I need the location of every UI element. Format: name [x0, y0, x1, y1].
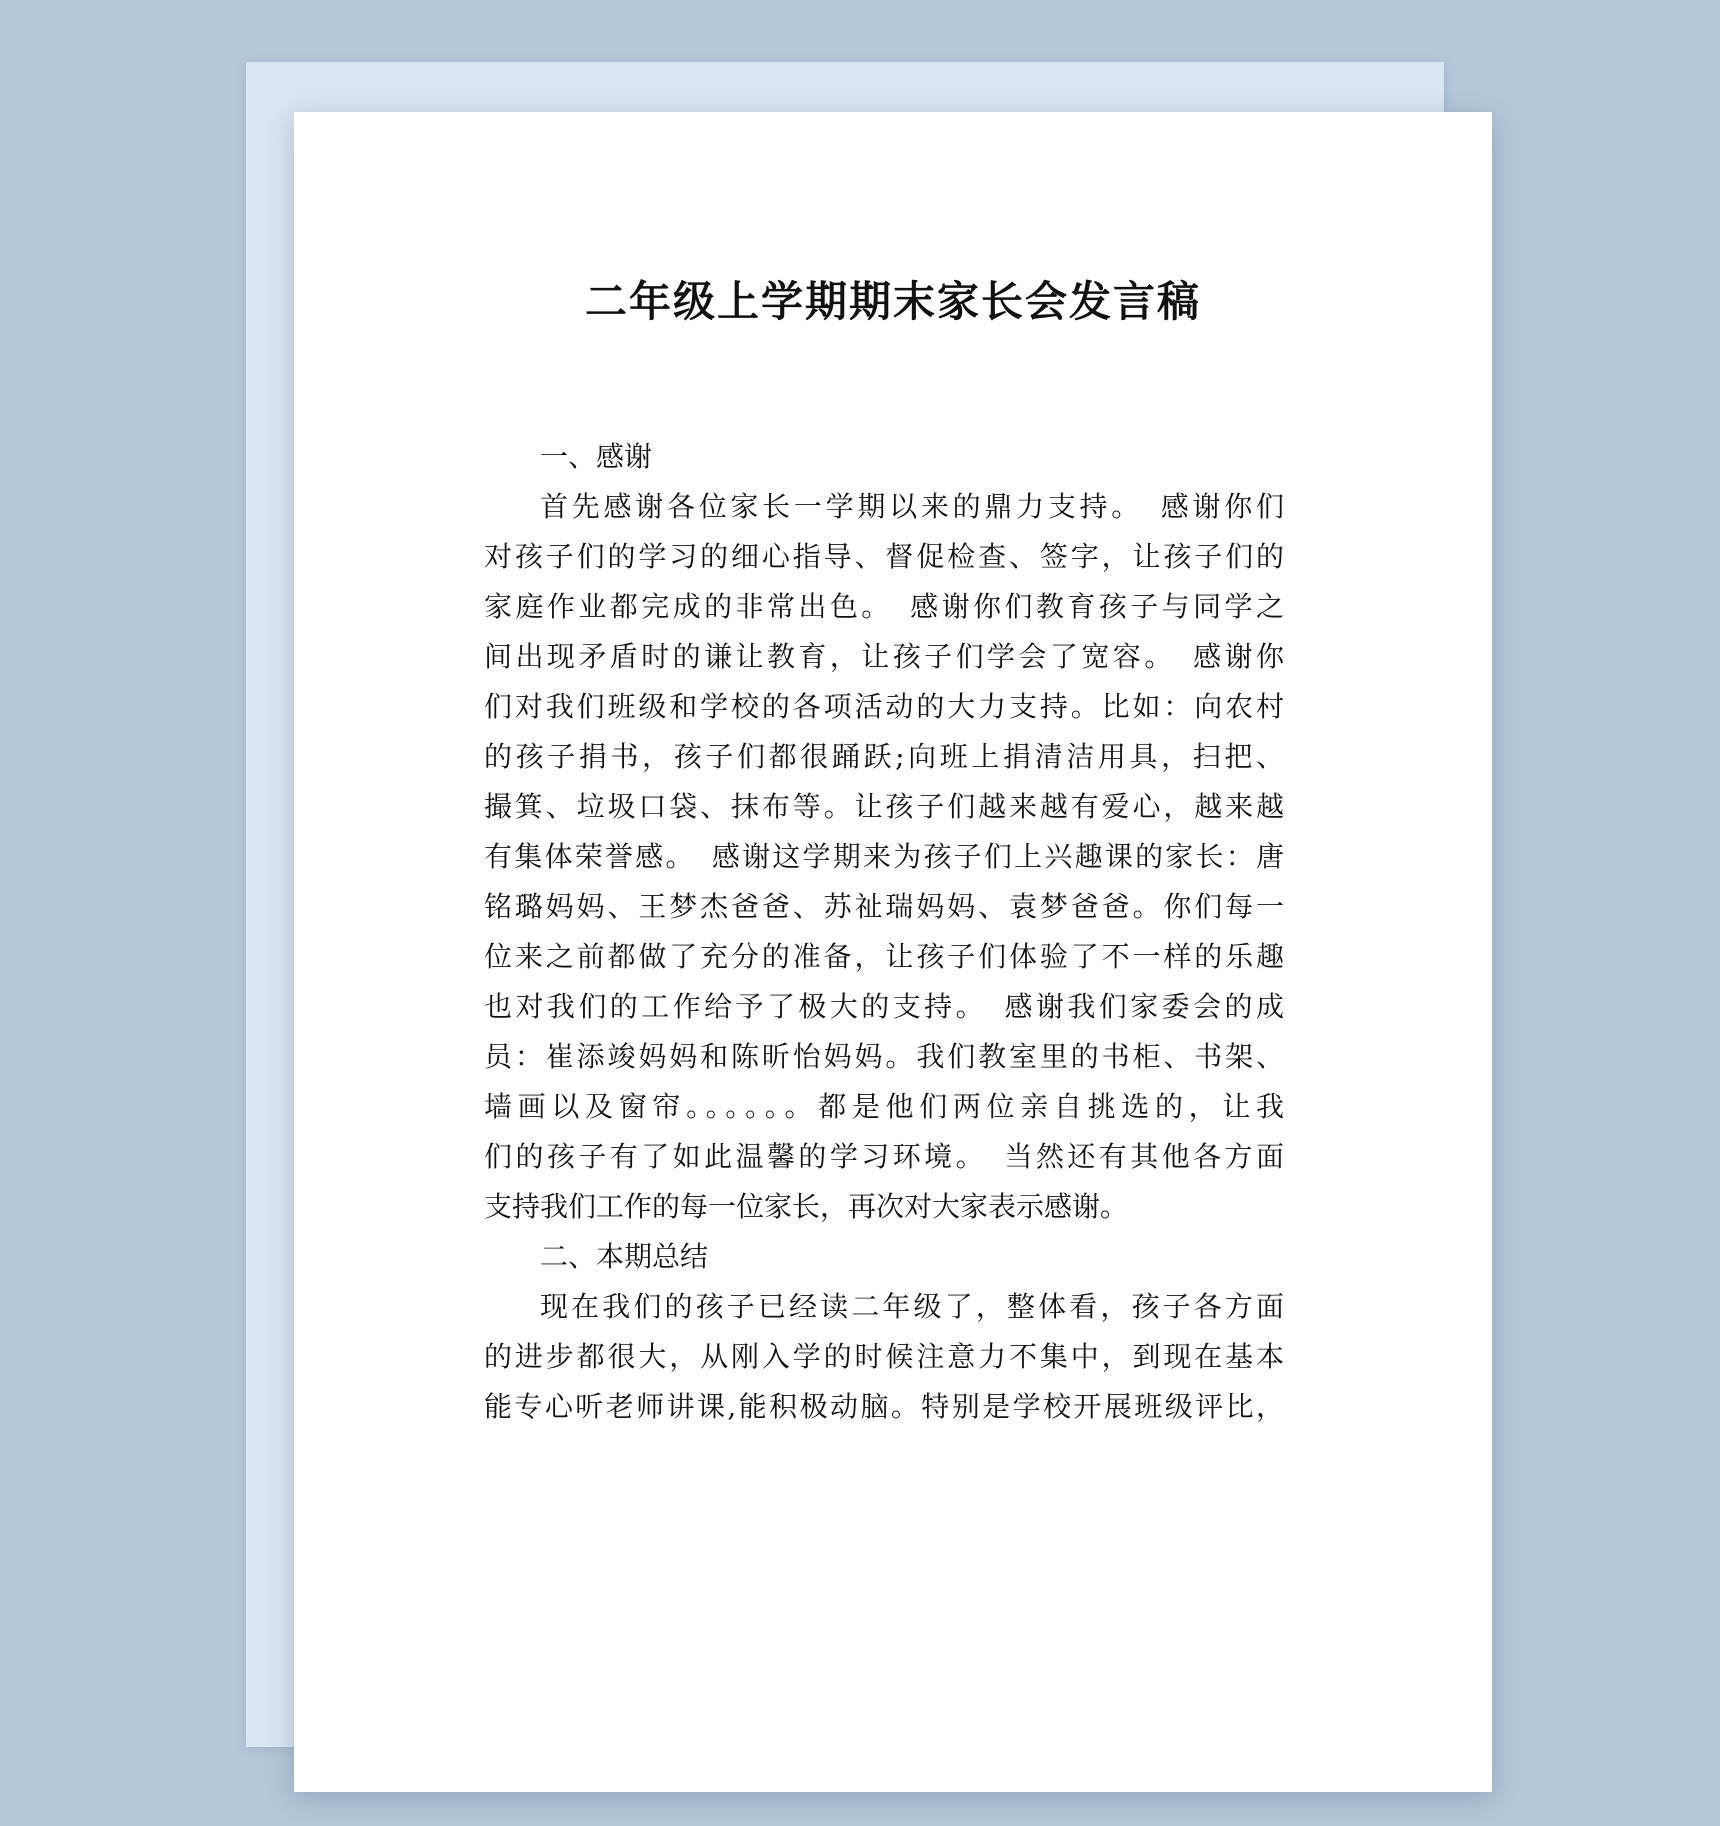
- text-line: 首先感谢各位家长一学期以来的鼎力支持。 感谢你们: [484, 482, 1284, 532]
- text-line: 间出现矛盾时的谦让教育，让孩子们学会了宽容。 感谢你: [484, 632, 1284, 682]
- document-body: 一、感谢 首先感谢各位家长一学期以来的鼎力支持。 感谢你们 对孩子们的学习的细心…: [484, 432, 1284, 1432]
- text-line: 支持我们工作的每一位家长，再次对大家表示感谢。: [484, 1182, 1284, 1232]
- text-line: 墙画以及窗帘。。。。。。都是他们两位亲自挑选的，让我: [484, 1082, 1284, 1132]
- text-line: 现在我们的孩子已经读二年级了，整体看，孩子各方面: [484, 1282, 1284, 1332]
- text-line: 能专心听老师讲课,能积极动脑。特别是学校开展班级评比，: [484, 1382, 1284, 1432]
- text-line: 的孩子捐书，孩子们都很踊跃;向班上捐清洁用具，扫把、: [484, 732, 1284, 782]
- text-line: 位来之前都做了充分的准备，让孩子们体验了不一样的乐趣: [484, 932, 1284, 982]
- text-line: 撮箕、垃圾口袋、抹布等。让孩子们越来越有爱心，越来越: [484, 782, 1284, 832]
- text-line: 铭璐妈妈、王梦杰爸爸、苏祉瑞妈妈、袁梦爸爸。你们每一: [484, 882, 1284, 932]
- text-line: 对孩子们的学习的细心指导、督促检查、签字，让孩子们的: [484, 532, 1284, 582]
- text-line: 也对我们的工作给予了极大的支持。 感谢我们家委会的成: [484, 982, 1284, 1032]
- document-page: 二年级上学期期末家长会发言稿 一、感谢 首先感谢各位家长一学期以来的鼎力支持。 …: [294, 112, 1492, 1792]
- section-heading: 二、本期总结: [484, 1232, 1284, 1282]
- desktop-background: 二年级上学期期末家长会发言稿 一、感谢 首先感谢各位家长一学期以来的鼎力支持。 …: [0, 0, 1720, 1826]
- section-heading: 一、感谢: [484, 432, 1284, 482]
- text-line: 们对我们班级和学校的各项活动的大力支持。比如：向农村: [484, 682, 1284, 732]
- text-line: 员：崔添竣妈妈和陈昕怡妈妈。我们教室里的书柜、书架、: [484, 1032, 1284, 1082]
- document-title: 二年级上学期期末家长会发言稿: [294, 272, 1492, 332]
- text-line: 家庭作业都完成的非常出色。 感谢你们教育孩子与同学之: [484, 582, 1284, 632]
- text-line: 的进步都很大，从刚入学的时候注意力不集中，到现在基本: [484, 1332, 1284, 1382]
- text-line: 有集体荣誉感。 感谢这学期来为孩子们上兴趣课的家长：唐: [484, 832, 1284, 882]
- text-line: 们的孩子有了如此温馨的学习环境。 当然还有其他各方面: [484, 1132, 1284, 1182]
